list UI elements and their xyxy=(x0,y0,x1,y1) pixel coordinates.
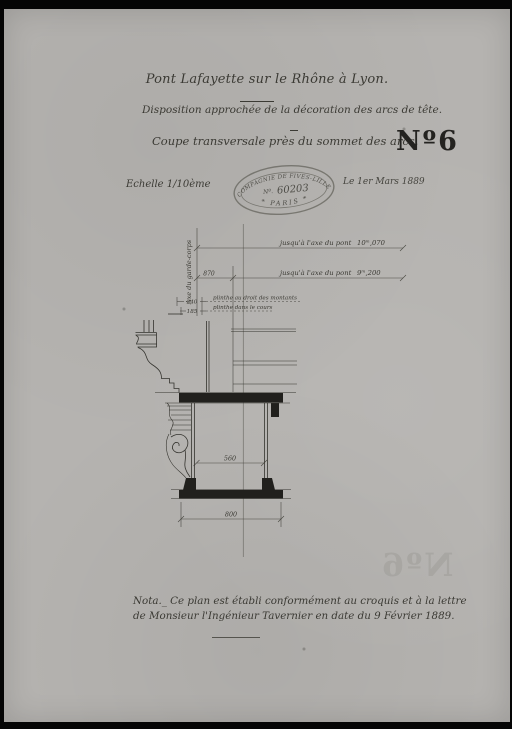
right-foot-bracket xyxy=(262,478,275,490)
dim-axis1-label: jusqu'à l'axe du pont xyxy=(278,239,352,247)
dimension-labels: Axe du garde-corps jusqu'à l'axe du pont… xyxy=(185,239,386,519)
nota-line-2: de Monsieur l'Ingénieur Tavernier en dat… xyxy=(133,609,395,624)
plinth2-label: plinthe dans le cours xyxy=(213,305,273,311)
dim-870: 870 xyxy=(203,271,215,278)
axis-guardrail-label: Axe du garde-corps xyxy=(185,239,193,305)
scanned-drawing-sheet: Pont Lafayette sur le Rhône à Lyon. Disp… xyxy=(0,0,512,729)
right-top-stiffener xyxy=(271,403,279,417)
dim-axis2-value: 9ᵐ,200 xyxy=(357,269,381,277)
bottom-flange xyxy=(179,490,283,499)
dim-axis2-label: jusqu'à l'axe du pont xyxy=(278,269,352,277)
nota-underline xyxy=(212,637,260,638)
top-flange xyxy=(179,393,283,403)
dim-axis1-value: 10ᵐ,070 xyxy=(357,239,386,247)
dim-560: 560 xyxy=(224,455,236,463)
dim-800: 800 xyxy=(225,511,237,519)
bleedthrough-number: Nº6 xyxy=(380,546,454,584)
dim-240: 240 xyxy=(186,300,198,306)
left-foot-bracket xyxy=(183,478,196,490)
nota-block: Nota._ Ce plan est établi conformément a… xyxy=(133,594,395,624)
nota-line-1: Nota._ Ce plan est établi conformément a… xyxy=(133,594,395,609)
dim-185: 185 xyxy=(187,309,198,315)
girder-section xyxy=(165,393,291,499)
cornice-profile xyxy=(136,314,298,393)
plinth1-label: plinthe au droit des montants xyxy=(213,296,297,302)
